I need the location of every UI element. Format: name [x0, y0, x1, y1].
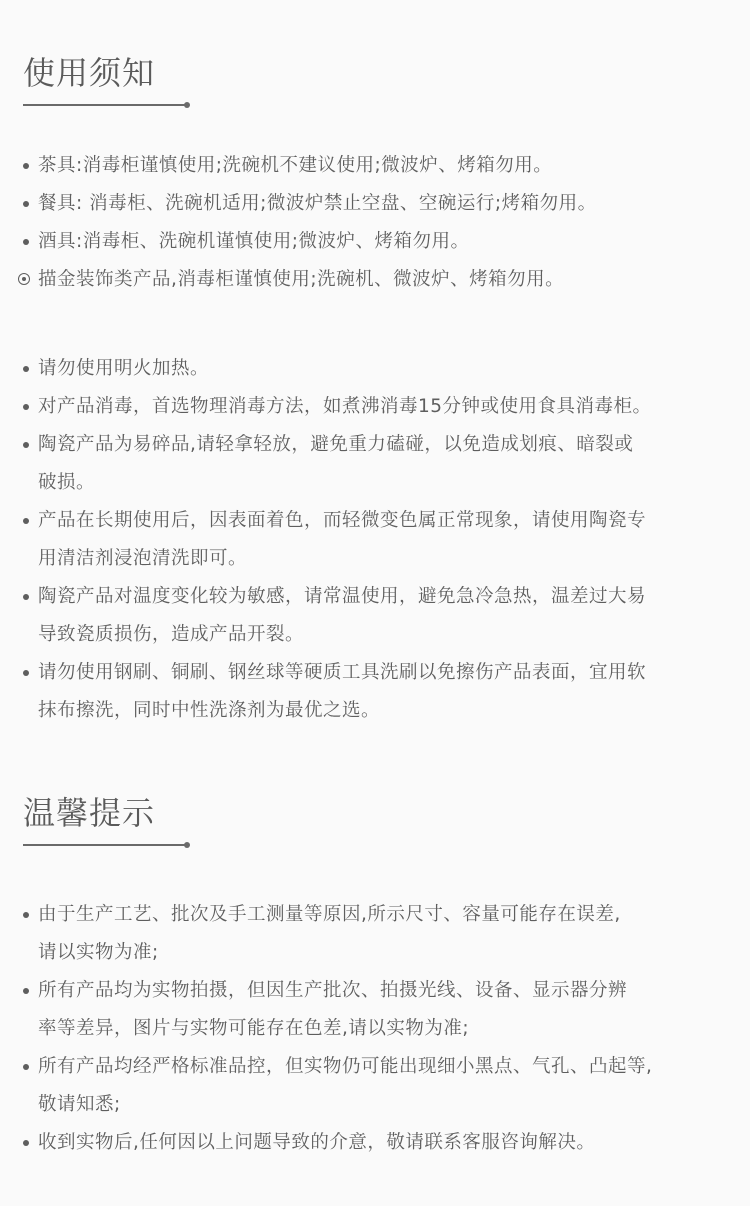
list-item-text: 收到实物后,任何因以上问题导致的介意，敬请联系客服咨询解决。 [38, 1124, 740, 1162]
bullet-dot-icon [23, 1064, 29, 1070]
list-item: 请勿使用明火加热。 [0, 350, 750, 388]
divider-dot-icon [184, 102, 190, 108]
bullet-dot-icon [23, 670, 29, 676]
list-item-text: 酒具:消毒柜、洗碗机谨慎使用;微波炉、烤箱勿用。 [38, 223, 740, 261]
list-item-text-line-1: 所有产品均经严格标准品控，但实物仍可能出现细小黑点、气孔、凸起等, [38, 1048, 740, 1086]
bullet-dot-icon [23, 594, 29, 600]
list-item-text-line-2: 请以实物为准; [38, 934, 740, 972]
list-item: 收到实物后,任何因以上问题导致的介意，敬请联系客服咨询解决。 [0, 1124, 750, 1162]
list-item-text-line-1: 陶瓷产品对温度变化较为敏感，请常温使用，避免急冷急热，温差过大易 [38, 578, 740, 616]
list-item-text-line-1: 请勿使用钢刷、铜刷、钢丝球等硬质工具洗刷以免擦伤产品表面，宜用软 [38, 654, 740, 692]
list-item-text-line-2: 抹布擦洗，同时中性洗涤剂为最优之选。 [38, 692, 740, 730]
bullet-dot-icon [23, 442, 29, 448]
list-item-text: 请勿使用明火加热。 [38, 350, 740, 388]
usage-section-title: 使用须知 [23, 53, 155, 93]
list-item: 餐具: 消毒柜、洗碗机适用;微波炉禁止空盘、空碗运行;烤箱勿用。 [0, 185, 750, 223]
list-item-text-line-2: 用清洁剂浸泡清洗即可。 [38, 540, 740, 578]
bullet-dot-icon [23, 239, 29, 245]
bullet-dot-icon [23, 163, 29, 169]
bullet-dot-icon [23, 912, 29, 918]
list-item-text-line-2: 率等差异，图片与实物可能存在色差,请以实物为准; [38, 1010, 740, 1048]
divider-dot-icon [184, 842, 190, 848]
list-item-text: 对产品消毒，首选物理消毒方法，如煮沸消毒15分钟或使用食具消毒柜。 [38, 388, 740, 426]
list-item: 描金装饰类产品,消毒柜谨慎使用;洗碗机、微波炉、烤箱勿用。 [0, 261, 750, 299]
bullet-dot-icon [23, 201, 29, 207]
list-item: 对产品消毒，首选物理消毒方法，如煮沸消毒15分钟或使用食具消毒柜。 [0, 388, 750, 426]
tips-section-title: 温馨提示 [23, 793, 155, 833]
list-item: 陶瓷产品对温度变化较为敏感，请常温使用，避免急冷急热，温差过大易 导致瓷质损伤，… [0, 578, 750, 654]
list-item-text: 描金装饰类产品,消毒柜谨慎使用;洗碗机、微波炉、烤箱勿用。 [38, 261, 740, 299]
bullet-dot-icon [23, 1140, 29, 1146]
bullet-dot-icon [23, 518, 29, 524]
list-item-text-line-1: 由于生产工艺、批次及手工测量等原因,所示尺寸、容量可能存在误差, [38, 896, 740, 934]
tips-list: 由于生产工艺、批次及手工测量等原因,所示尺寸、容量可能存在误差, 请以实物为准;… [0, 896, 750, 1162]
list-item-text-line-2: 破损。 [38, 464, 740, 502]
list-item-text-line-1: 陶瓷产品为易碎品,请轻拿轻放，避免重力磕碰，以免造成划痕、暗裂或 [38, 426, 740, 464]
list-item-text: 茶具:消毒柜谨慎使用;洗碗机不建议使用;微波炉、烤箱勿用。 [38, 147, 740, 185]
list-item: 请勿使用钢刷、铜刷、钢丝球等硬质工具洗刷以免擦伤产品表面，宜用软 抹布擦洗，同时… [0, 654, 750, 730]
list-item: 酒具:消毒柜、洗碗机谨慎使用;微波炉、烤箱勿用。 [0, 223, 750, 261]
list-item: 所有产品均为实物拍摄，但因生产批次、拍摄光线、设备、显示器分辨 率等差异，图片与… [0, 972, 750, 1048]
usage-title-divider [23, 104, 187, 106]
list-item-text-line-1: 所有产品均为实物拍摄，但因生产批次、拍摄光线、设备、显示器分辨 [38, 972, 740, 1010]
bullet-dot-icon [23, 988, 29, 994]
list-item-text-line-2: 导致瓷质损伤，造成产品开裂。 [38, 616, 740, 654]
list-item-text: 餐具: 消毒柜、洗碗机适用;微波炉禁止空盘、空碗运行;烤箱勿用。 [38, 185, 740, 223]
tips-title-divider [23, 844, 187, 846]
usage-list-group-2: 请勿使用明火加热。 对产品消毒，首选物理消毒方法，如煮沸消毒15分钟或使用食具消… [0, 350, 750, 730]
bullet-circle-dot-icon [18, 273, 30, 285]
list-item-text-line-2: 敬请知悉; [38, 1086, 740, 1124]
bullet-dot-icon [23, 404, 29, 410]
usage-list-group-1: 茶具:消毒柜谨慎使用;洗碗机不建议使用;微波炉、烤箱勿用。 餐具: 消毒柜、洗碗… [0, 147, 750, 299]
list-item: 所有产品均经严格标准品控，但实物仍可能出现细小黑点、气孔、凸起等, 敬请知悉; [0, 1048, 750, 1124]
list-item-text-line-1: 产品在长期使用后，因表面着色，而轻微变色属正常现象，请使用陶瓷专 [38, 502, 740, 540]
list-item: 茶具:消毒柜谨慎使用;洗碗机不建议使用;微波炉、烤箱勿用。 [0, 147, 750, 185]
list-item: 产品在长期使用后，因表面着色，而轻微变色属正常现象，请使用陶瓷专 用清洁剂浸泡清… [0, 502, 750, 578]
list-item: 陶瓷产品为易碎品,请轻拿轻放，避免重力磕碰，以免造成划痕、暗裂或 破损。 [0, 426, 750, 502]
bullet-dot-icon [23, 366, 29, 372]
list-item: 由于生产工艺、批次及手工测量等原因,所示尺寸、容量可能存在误差, 请以实物为准; [0, 896, 750, 972]
